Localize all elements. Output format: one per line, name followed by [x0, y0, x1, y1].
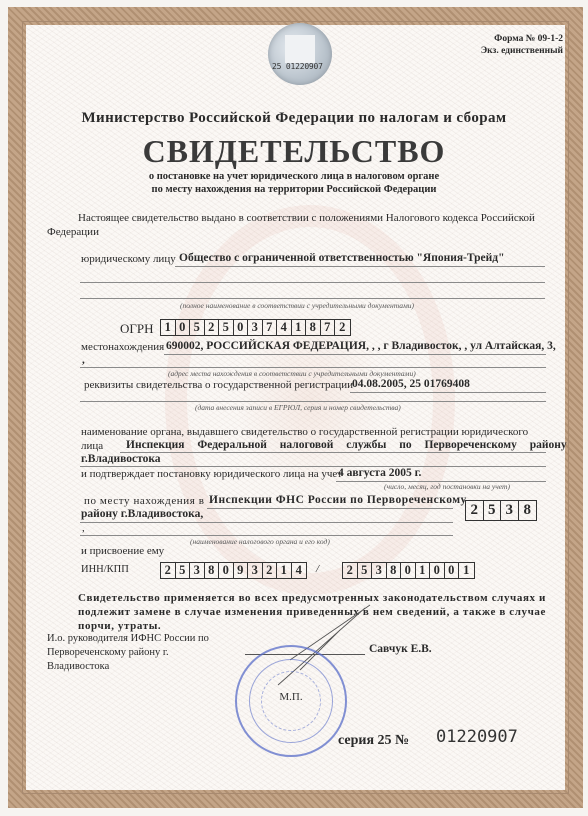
hologram-seal: 25 01220907	[268, 23, 332, 85]
tax-office-underline-2	[80, 522, 453, 523]
registration-hint: (дата внесения записи в ЕГРЮЛ, серия и н…	[195, 403, 401, 412]
kpp-digit: 2	[343, 563, 358, 578]
inn-digit: 2	[263, 563, 278, 578]
inn-digit: 0	[219, 563, 234, 578]
inn-digit: 5	[176, 563, 191, 578]
issuer-label-line-2: лица	[81, 440, 103, 452]
hologram-serial: 25 01220907	[272, 62, 323, 71]
address-line-2	[80, 367, 546, 368]
registration-underline	[350, 392, 546, 393]
inn-digit: 4	[292, 563, 307, 578]
entity-line-3	[80, 298, 545, 299]
tax-office-hint: (наименование налогового органа и его ко…	[190, 537, 330, 546]
tax-office-underline-1	[207, 508, 453, 509]
inn-digit-boxes: 2538093214	[160, 562, 307, 579]
inn-digit: 3	[190, 563, 205, 578]
tax-office-value-line-1: Инспекции ФНС России по Первореченскому	[209, 494, 467, 506]
subtitle-line-2: по месту нахождения на территории Россий…	[0, 183, 588, 196]
kpp-digit: 0	[430, 563, 445, 578]
kpp-digit: 1	[416, 563, 431, 578]
document-subtitle: о постановке на учет юридического лица в…	[0, 170, 588, 196]
ministry-heading: Министерство Российской Федерации по нал…	[0, 110, 588, 127]
inn-digit: 1	[277, 563, 292, 578]
position-line-1: И.о. руководителя ИФНС России по	[47, 632, 209, 646]
ogrn-label: ОГРН	[120, 321, 154, 337]
address-hint: (адрес места нахождения в соответствии с…	[168, 369, 416, 378]
kpp-digit: 5	[358, 563, 373, 578]
document-title: СВИДЕТЕЛЬСТВО	[0, 133, 588, 170]
entity-underline	[175, 266, 545, 267]
tax-office-code-boxes: 2538	[465, 500, 537, 521]
ogrn-digit: 2	[205, 320, 220, 335]
signatory-position: И.о. руководителя ИФНС России по Перворе…	[47, 632, 209, 674]
entity-label: юридическому лицу	[81, 253, 176, 265]
inn-digit: 8	[205, 563, 220, 578]
kpp-digit-boxes: 253801001	[342, 562, 475, 579]
issuer-underline-2	[80, 466, 546, 467]
series-label: серия 25 №	[338, 733, 409, 749]
issuer-label-line-1: наименование органа, выдавшего свидетель…	[81, 426, 528, 438]
issuer-value-line-1: Инспекция Федеральной налоговой службы п…	[126, 439, 567, 451]
official-stamp: М.П.	[235, 645, 347, 757]
ogrn-digit: 3	[248, 320, 263, 335]
kpp-digit: 0	[401, 563, 416, 578]
ogrn-digit: 7	[321, 320, 336, 335]
entity-hint: (полное наименование в соответствии с уч…	[180, 301, 414, 310]
intro-line-2: Федерации	[47, 226, 99, 238]
tax-office-code-digit: 2	[466, 501, 484, 520]
entity-line-2	[80, 282, 545, 283]
inn-digit: 9	[234, 563, 249, 578]
assignment-label: и присвоение ему	[81, 545, 164, 557]
kpp-digit: 8	[387, 563, 402, 578]
position-line-3: Владивостока	[47, 660, 209, 674]
tax-office-code-digit: 8	[519, 501, 537, 520]
address-underline	[164, 354, 546, 355]
tax-office-code-digit: 5	[484, 501, 502, 520]
signatory-name: Савчук Е.В.	[369, 643, 432, 655]
entity-name: Общество с ограниченной ответственностью…	[179, 252, 504, 264]
tax-office-value-line-2: району г.Владивостока,	[81, 508, 203, 520]
intro-line-1: Настоящее свидетельство выдано в соответ…	[78, 212, 535, 224]
ogrn-digit: 1	[161, 320, 176, 335]
kpp-digit: 0	[445, 563, 460, 578]
ogrn-digit-boxes: 1052503741872	[160, 319, 351, 336]
ogrn-digit: 0	[234, 320, 249, 335]
position-line-2: Первореченскому району г.	[47, 646, 209, 660]
stamp-label: М.П.	[237, 691, 345, 703]
ogrn-digit: 7	[263, 320, 278, 335]
ogrn-digit: 0	[176, 320, 191, 335]
tax-office-underline-3	[80, 535, 453, 536]
ogrn-digit: 5	[190, 320, 205, 335]
issuer-value-line-2: г.Владивостока	[81, 453, 161, 465]
ogrn-digit: 8	[306, 320, 321, 335]
certificate-page: 25 01220907 Форма № 09-1-2 Экз. единстве…	[0, 0, 588, 816]
inn-kpp-label: ИНН/КПП	[81, 564, 129, 575]
registration-label: реквизиты свидетельства о государственно…	[84, 379, 353, 391]
registration-value: 04.08.2005, 25 01769408	[352, 378, 470, 390]
tax-office-label: по месту нахождения в	[84, 495, 205, 507]
form-number: Форма № 09-1-2	[481, 33, 563, 45]
inn-digit: 3	[248, 563, 263, 578]
kpp-digit: 1	[459, 563, 474, 578]
copy-note: Экз. единственный	[481, 45, 563, 57]
hologram-emblem-icon	[285, 35, 315, 63]
inn-kpp-separator: /	[316, 563, 319, 575]
ogrn-digit: 2	[335, 320, 350, 335]
confirmation-label: и подтверждает постановку юридического л…	[81, 468, 342, 480]
address-value: 690002, РОССИЙСКАЯ ФЕДЕРАЦИЯ, , , г Влад…	[166, 340, 556, 352]
address-continuation: ,	[82, 354, 85, 366]
kpp-digit: 3	[372, 563, 387, 578]
tax-office-continuation: ,	[82, 522, 85, 534]
confirmation-hint: (число, месяц, год постановки на учет)	[384, 482, 510, 491]
issuer-underline-1	[120, 452, 546, 453]
series-number: 01220907	[436, 727, 518, 747]
subtitle-line-1: о постановке на учет юридического лица в…	[0, 170, 588, 183]
ogrn-digit: 4	[277, 320, 292, 335]
confirmation-date: 4 августа 2005 г.	[338, 467, 421, 479]
ogrn-digit: 5	[219, 320, 234, 335]
address-label: местонахождения	[81, 341, 164, 353]
tax-office-code-digit: 3	[501, 501, 519, 520]
ogrn-digit: 1	[292, 320, 307, 335]
inn-digit: 2	[161, 563, 176, 578]
registration-line-2	[80, 401, 546, 402]
form-number-block: Форма № 09-1-2 Экз. единственный	[481, 33, 563, 57]
